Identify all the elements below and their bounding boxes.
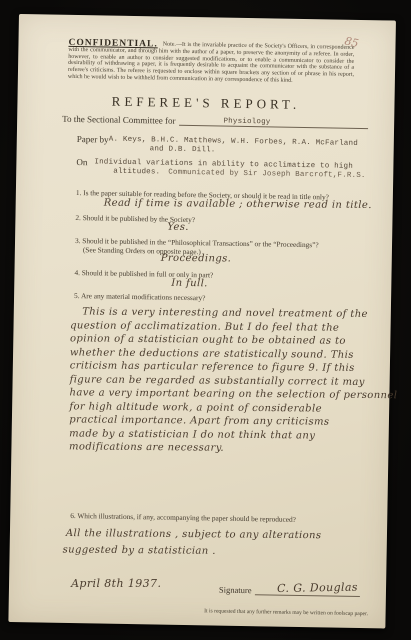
committee-label: To the Sectional Committee for — [62, 114, 176, 126]
authors-line1: A. Keys, B.H.C. Matthews, W.H. Forbes, R… — [109, 136, 358, 148]
comment-line: modifications are necessary. — [69, 440, 397, 456]
committee-value: Physiology — [179, 117, 368, 129]
photo-background: 85 CONFIDENTIAL. Note.—It is the invaria… — [0, 0, 411, 640]
answer-3: Proceedings. — [161, 253, 232, 265]
signature-row: Signature C. G. Douglas — [219, 578, 360, 597]
foolscap-note: It is requested that any further remarks… — [194, 608, 379, 617]
subject-label: On — [76, 157, 87, 167]
subject-title-line2: altitudes. — [113, 168, 160, 177]
answer-1: Read if time is available ; otherwise re… — [104, 198, 372, 211]
answer-6-line1: All the illustrations , subject to any a… — [66, 528, 322, 541]
answer-4: In full. — [171, 278, 208, 290]
paper-sheet: 85 CONFIDENTIAL. Note.—It is the invaria… — [8, 14, 396, 628]
answer-6-line2: suggested by a statistician . — [63, 545, 216, 557]
signature-handwriting: C. G. Douglas — [277, 581, 358, 595]
procedural-note: CONFIDENTIAL. Note.—It is the invariable… — [68, 40, 355, 86]
signature-line: C. G. Douglas — [254, 578, 360, 597]
report-date: April 8th 1937. — [71, 577, 161, 590]
paper-by-label: Paper by — [77, 134, 109, 145]
referee-comments: This is a very interesting and novel tre… — [69, 305, 398, 456]
authors-line2: and D.B. Dill. — [150, 145, 216, 154]
procedural-note-text: Note.—It is the invariable practice of t… — [68, 42, 355, 84]
question-5: 5. Are any material modifications necess… — [74, 291, 205, 302]
signature-label: Signature — [219, 585, 252, 596]
question-6: 6. Which illustrations, if any, accompan… — [70, 511, 296, 524]
committee-row: To the Sectional Committee for Physiolog… — [62, 114, 368, 129]
report-title: REFEREE'S REPORT. — [17, 92, 394, 115]
answer-2: Yes. — [167, 222, 189, 233]
